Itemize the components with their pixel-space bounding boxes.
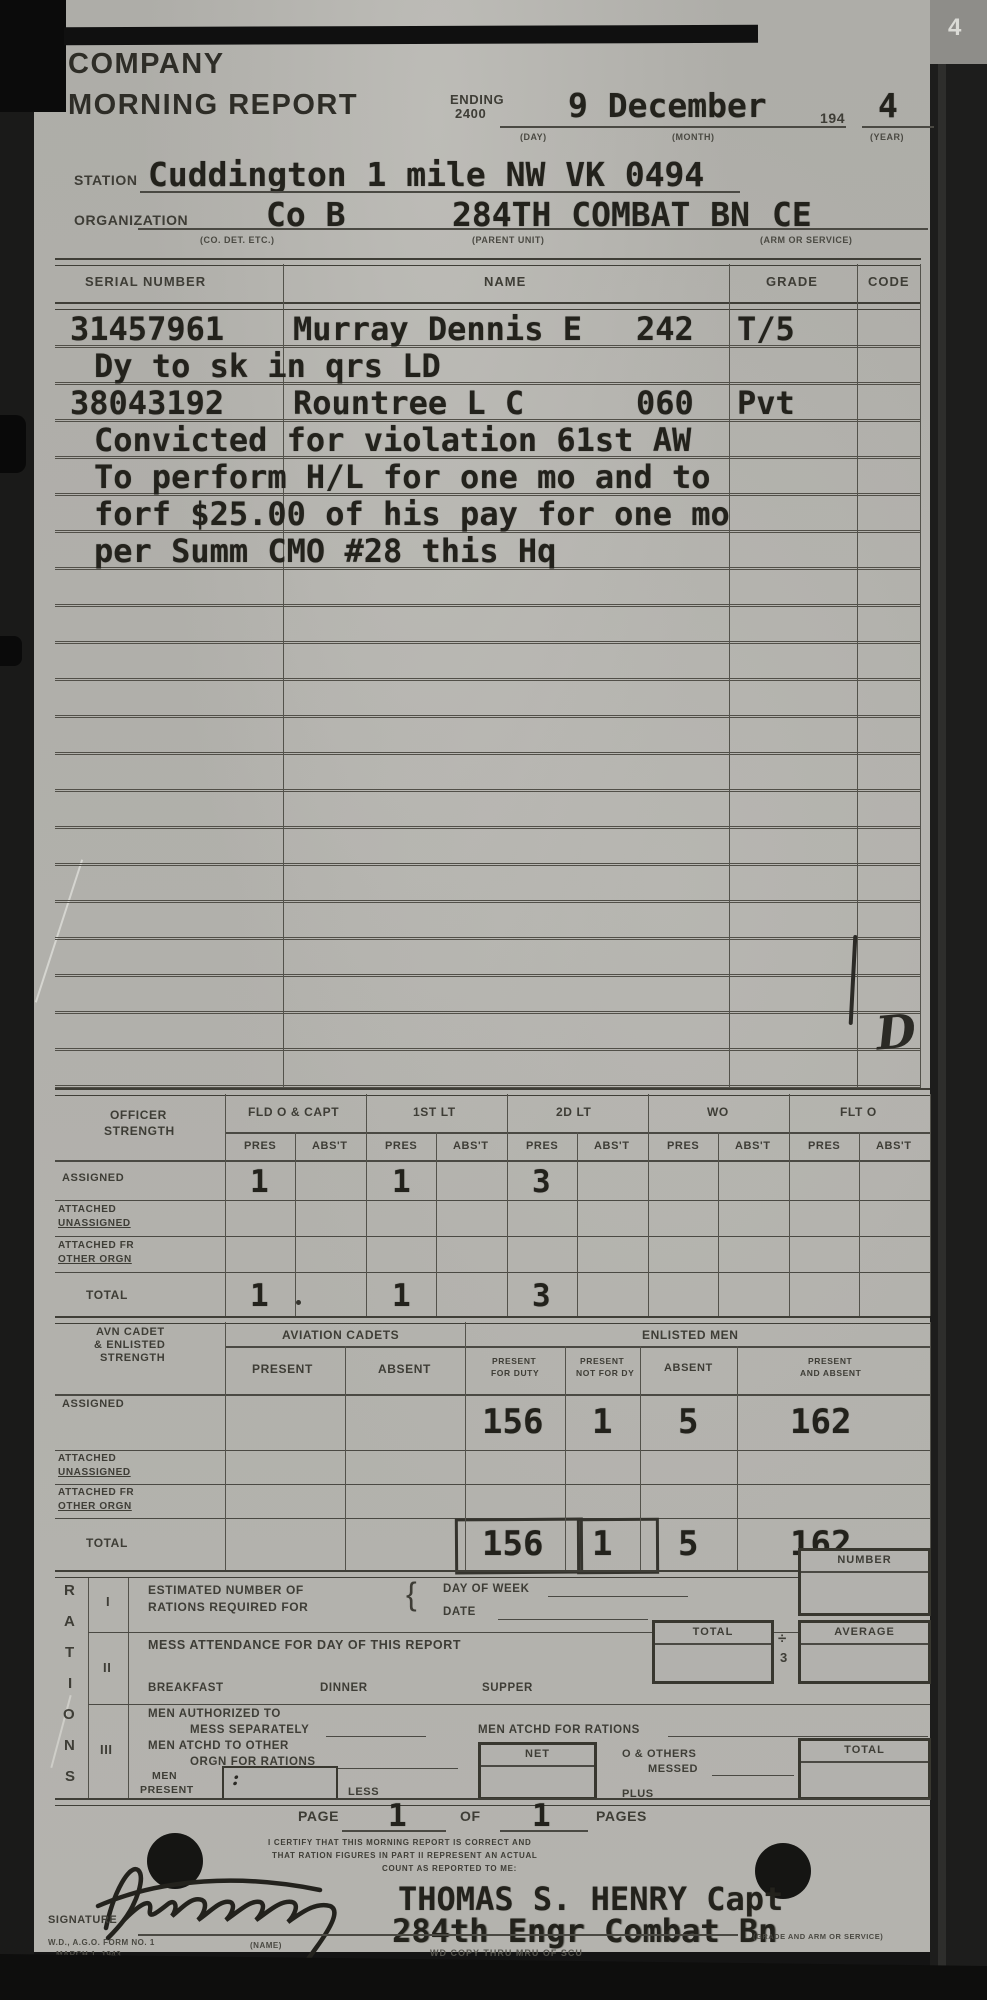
rations-ii-line1: MESS ATTENDANCE FOR DAY OF THIS REPORT — [148, 1638, 461, 1652]
grade-arm-label: (GRADE AND ARM OR SERVICE) — [753, 1932, 883, 1941]
table-row — [55, 1048, 921, 1088]
grid-line — [737, 1346, 738, 1570]
officer-top-rule — [55, 1088, 930, 1096]
officer-bottom-rule — [55, 1316, 930, 1324]
divide-three: 3 — [780, 1650, 788, 1665]
year-label: (YEAR) — [870, 132, 904, 142]
rations-letter: O — [63, 1706, 75, 1723]
table-row — [55, 900, 921, 940]
enlisted-assigned-pa: 162 — [790, 1402, 851, 1442]
grid-line — [648, 1094, 649, 1316]
supper-label: SUPPER — [482, 1682, 533, 1694]
report-title-line2: MORNING REPORT — [68, 89, 358, 122]
enlisted-title-3: STRENGTH — [100, 1352, 165, 1364]
enlisted-row-attached-unassigned2: UNASSIGNED — [58, 1467, 131, 1478]
roster-serial: 31457961 — [70, 310, 224, 348]
station-label: STATION — [74, 172, 138, 188]
enlisted-assigned-pnfd: 1 — [592, 1402, 612, 1442]
enlisted-assigned-absent: 5 — [678, 1402, 698, 1442]
col-serial-number: SERIAL NUMBER — [85, 274, 206, 289]
morning-report-scan: 4 COMPANY MORNING REPORT ENDING 2400 9 D… — [0, 0, 987, 2000]
mess-separately-label: MESS SEPARATELY — [190, 1724, 309, 1736]
officer-assigned-1stlt-pres: 1 — [392, 1164, 411, 1200]
average-box-label: AVERAGE — [801, 1626, 928, 1638]
pen-colon: : — [232, 1766, 239, 1790]
officer-group-fld: FLD O & CAPT — [248, 1105, 339, 1119]
roster-divider-code — [857, 264, 858, 1088]
day-of-week-label: DAY OF WEEK — [443, 1583, 529, 1595]
date-field-label: DATE — [443, 1606, 476, 1618]
grid-line — [930, 1322, 931, 1570]
officer-row-attached-fr2: OTHER ORGN — [58, 1254, 132, 1265]
officer-row-total: TOTAL — [86, 1288, 128, 1302]
rations-letter: I — [68, 1675, 73, 1692]
subcol-pres: PRES — [808, 1140, 840, 1152]
col-pnfd-2: NOT FOR DY — [576, 1368, 634, 1378]
of-label: OF — [460, 1808, 481, 1824]
scan-blob-left1 — [0, 415, 26, 473]
enlisted-row-total: TOTAL — [86, 1536, 128, 1550]
total-box-iii-line — [801, 1761, 928, 1763]
grid-line — [930, 1094, 931, 1316]
copy-note: WD COPY THRU MRU OF SCU — [430, 1948, 583, 1958]
o-and-others-label: O & OTHERS — [622, 1748, 696, 1760]
officer-row-attached-unassigned2: UNASSIGNED — [58, 1218, 131, 1229]
divide-sign: ÷ — [778, 1630, 787, 1647]
grid-line — [295, 1132, 296, 1316]
col-cadets-absent: ABSENT — [378, 1362, 431, 1376]
parent-unit-label: (PARENT UNIT) — [472, 235, 544, 245]
enlisted-row-rule — [55, 1450, 930, 1451]
grid-line — [225, 1094, 226, 1316]
table-row — [55, 826, 921, 866]
officer-total-1stlt-pres: 1 — [392, 1278, 411, 1314]
roster-note: Dy to sk in qrs LD — [94, 347, 441, 385]
enlisted-title-1: AVN CADET — [96, 1326, 165, 1338]
subcol-pres: PRES — [667, 1140, 699, 1152]
average-box-line — [801, 1643, 928, 1645]
total-box-ii: TOTAL — [652, 1620, 774, 1684]
pages-label: PAGES — [596, 1808, 647, 1824]
page-edge-bar — [64, 25, 758, 45]
rations-col-line — [128, 1578, 129, 1798]
scan-blob-left2 — [0, 636, 22, 666]
pen-box-156 — [455, 1518, 583, 1575]
pen-box-1 — [577, 1518, 659, 1574]
table-row — [55, 974, 921, 1014]
grid-line — [640, 1346, 641, 1570]
table-row — [55, 641, 921, 681]
roster-name: Rountree L C — [293, 384, 524, 422]
number-box-line — [801, 1571, 928, 1573]
enlisted-row-attached-fr: ATTACHED FR — [58, 1487, 134, 1498]
officer-total-fld-pres: 1 — [250, 1278, 269, 1314]
table-row — [55, 1011, 921, 1051]
grid-line — [366, 1094, 367, 1316]
grid-line — [507, 1094, 508, 1316]
roster-serial: 38043192 — [70, 384, 224, 422]
col-cadets-present: PRESENT — [252, 1362, 313, 1376]
roster-note: per Summ CMO #28 this Hq — [94, 532, 556, 570]
orgn-for-rations-line — [330, 1768, 458, 1769]
messed-label: MESSED — [648, 1763, 698, 1775]
day-of-week-line — [548, 1596, 688, 1597]
pages-line — [500, 1830, 588, 1832]
ending-label: ENDING — [450, 92, 504, 107]
rations-brace: { — [406, 1576, 417, 1613]
table-row — [55, 937, 921, 977]
enlisted-total-absent: 5 — [678, 1524, 698, 1564]
col-pa-1: PRESENT — [808, 1356, 852, 1366]
rations-col-line — [88, 1578, 89, 1798]
table-row — [55, 678, 921, 718]
officer-group-flto: FLT O — [840, 1105, 877, 1119]
enlisted-title-2: & ENLISTED — [94, 1339, 165, 1351]
organization-label: ORGANIZATION — [74, 212, 188, 228]
officer-title-2: STRENGTH — [104, 1124, 175, 1138]
roster-mos: 242 — [636, 310, 694, 348]
rations-letter: S — [65, 1768, 76, 1785]
grid-line — [225, 1322, 226, 1570]
cert-line1: I CERTIFY THAT THIS MORNING REPORT IS CO… — [268, 1838, 532, 1847]
officer-total-2dlt-pres: 3 — [532, 1278, 551, 1314]
grid-line — [345, 1346, 346, 1570]
co-det-label: (CO. DET. ETC.) — [200, 235, 275, 245]
subcol-pres: PRES — [385, 1140, 417, 1152]
name-label: (NAME) — [250, 1941, 282, 1950]
rations-letter: N — [64, 1737, 75, 1754]
roster-edge-right — [920, 264, 921, 1088]
year-prefix: 194 — [820, 110, 845, 126]
table-row — [55, 752, 921, 792]
scan-corner-topleft — [0, 0, 66, 112]
grid-line — [718, 1132, 719, 1316]
number-box: NUMBER — [798, 1548, 931, 1616]
rations-letter: A — [64, 1613, 75, 1630]
enlisted-row-assigned: ASSIGNED — [62, 1398, 124, 1410]
page-line — [342, 1830, 446, 1832]
signature-line — [138, 1934, 738, 1936]
rations-iii-line1: MEN AUTHORIZED TO — [148, 1708, 281, 1720]
rations-bottom-rule — [55, 1798, 930, 1806]
roster-divider-serial — [283, 264, 284, 1088]
report-title-line1: COMPANY — [68, 48, 225, 81]
enlisted-subhead-rule — [225, 1346, 930, 1348]
day-label: (DAY) — [520, 132, 547, 142]
form-number: W.D., A.G.O. FORM NO. 1 — [48, 1938, 155, 1947]
grid-line — [465, 1322, 466, 1570]
month-label: (MONTH) — [672, 132, 715, 142]
date-underline — [500, 126, 846, 128]
pen-mark-d: D — [874, 1003, 918, 1060]
number-box-label: NUMBER — [801, 1554, 928, 1566]
table-row — [55, 567, 921, 607]
officer-assigned-fld-pres: 1 — [250, 1164, 269, 1200]
officer-row-assigned: ASSIGNED — [62, 1172, 124, 1184]
col-pa-2: AND ABSENT — [800, 1368, 861, 1378]
men-present-box — [222, 1766, 338, 1800]
table-row — [55, 789, 921, 829]
col-name: NAME — [484, 274, 526, 289]
group-aviation-cadets: AVIATION CADETS — [282, 1328, 399, 1342]
roster-note: To perform H/L for one mo and to — [94, 458, 711, 496]
dinner-label: DINNER — [320, 1682, 368, 1694]
officer-assigned-2dlt-pres: 3 — [532, 1164, 551, 1200]
officer-title-1: OFFICER — [110, 1108, 167, 1122]
section-iii: III — [100, 1742, 113, 1757]
station-underline — [140, 191, 740, 193]
net-box-label: NET — [481, 1748, 594, 1760]
station-value: Cuddington 1 mile NW VK 0494 — [148, 155, 704, 194]
report-date-value: 9 December — [568, 86, 767, 125]
men-label: MEN — [152, 1770, 177, 1782]
less-label: LESS — [348, 1786, 379, 1798]
grid-line — [436, 1132, 437, 1316]
year-value: 4 — [878, 86, 898, 125]
subcol-abst: ABS'T — [876, 1140, 912, 1152]
rations-letter: R — [64, 1582, 75, 1599]
roster-grade: T/5 — [737, 310, 795, 348]
date-field-line — [498, 1619, 648, 1620]
ending-value: 2400 — [455, 106, 486, 121]
officer-row-rule — [55, 1236, 930, 1237]
col-grade: GRADE — [766, 274, 818, 289]
net-box-line — [481, 1765, 594, 1767]
present-label: PRESENT — [140, 1784, 194, 1796]
year-underline — [862, 126, 934, 128]
group-enlisted-men: ENLISTED MEN — [642, 1328, 739, 1342]
signature-label: SIGNATURE — [48, 1914, 117, 1926]
atchd-for-rations-line — [668, 1736, 928, 1737]
breakfast-label: BREAKFAST — [148, 1682, 224, 1694]
col-em-absent: ABSENT — [664, 1362, 713, 1374]
enlisted-row-attached-unassigned: ATTACHED — [58, 1453, 116, 1464]
net-box: NET — [478, 1742, 597, 1800]
roster-mos: 060 — [636, 384, 694, 422]
roster-note: forf $25.00 of his pay for one mo — [94, 495, 730, 533]
subcol-pres: PRES — [526, 1140, 558, 1152]
roster-name: Murray Dennis E — [293, 310, 582, 348]
enlisted-head-bottom — [55, 1394, 930, 1396]
table-row — [55, 604, 921, 644]
table-row — [55, 715, 921, 755]
page-label: PAGE — [298, 1808, 339, 1824]
corner-digit: 4 — [948, 14, 961, 42]
enlisted-row-rule — [55, 1484, 930, 1485]
signed-unit: 284th Engr Combat Bn — [392, 1912, 777, 1950]
officer-row-attached-fr: ATTACHED FR — [58, 1240, 134, 1251]
total-box-line — [655, 1643, 771, 1645]
section-i: I — [106, 1594, 110, 1609]
subcol-pres: PRES — [244, 1140, 276, 1152]
grid-line — [577, 1132, 578, 1316]
roster-divider-grade — [729, 264, 730, 1088]
pen-dot — [296, 1300, 301, 1305]
pages-value: 1 — [532, 1798, 551, 1834]
enlisted-row-attached-fr2: OTHER ORGN — [58, 1501, 132, 1512]
officer-group-2dlt: 2D LT — [556, 1105, 591, 1119]
scan-streak-right — [938, 64, 946, 2000]
enlisted-assigned-pfd: 156 — [482, 1402, 543, 1442]
roster-grade: Pvt — [737, 384, 795, 422]
col-pnfd-1: PRESENT — [580, 1356, 624, 1366]
col-pfd-2: FOR DUTY — [491, 1368, 539, 1378]
subcol-abst: ABS'T — [594, 1140, 630, 1152]
subcol-abst: ABS'T — [312, 1140, 348, 1152]
atchd-to-other-label: MEN ATCHD TO OTHER — [148, 1740, 289, 1752]
col-pfd-1: PRESENT — [492, 1356, 536, 1366]
total-box-iii: TOTAL — [798, 1738, 931, 1800]
total-box-label: TOTAL — [655, 1626, 771, 1638]
mess-separately-line — [326, 1736, 426, 1737]
total-box-iii-label: TOTAL — [801, 1744, 928, 1756]
arm-service-label: (ARM OR SERVICE) — [760, 235, 852, 245]
grid-line — [789, 1094, 790, 1316]
grid-line — [859, 1132, 860, 1316]
page-value: 1 — [388, 1798, 407, 1834]
officer-group-1stlt: 1ST LT — [413, 1105, 456, 1119]
atchd-for-rations-label: MEN ATCHD FOR RATIONS — [478, 1724, 640, 1736]
organization-underline — [138, 228, 928, 230]
rations-i-line1: ESTIMATED NUMBER OF — [148, 1583, 304, 1597]
scan-edge-left — [0, 0, 34, 2000]
rations-letter: T — [65, 1644, 75, 1661]
subcol-abst: ABS'T — [453, 1140, 489, 1152]
subcol-abst: ABS'T — [735, 1140, 771, 1152]
rations-divider-2 — [88, 1704, 930, 1705]
officer-head-bottom — [55, 1160, 930, 1162]
messed-line — [712, 1775, 794, 1776]
officer-row-attached-unassigned: ATTACHED — [58, 1204, 116, 1215]
officer-group-wo: WO — [707, 1105, 729, 1119]
grid-line — [565, 1346, 566, 1570]
section-ii: II — [103, 1660, 111, 1675]
roster-top-rule — [55, 258, 921, 266]
average-box: AVERAGE — [798, 1620, 931, 1684]
roster-note: Convicted for violation 61st AW — [94, 421, 691, 459]
officer-row-rule — [55, 1200, 930, 1201]
officer-row-rule — [55, 1272, 930, 1273]
col-code: CODE — [868, 274, 910, 289]
rations-i-line2: RATIONS REQUIRED FOR — [148, 1600, 308, 1614]
table-row — [55, 863, 921, 903]
